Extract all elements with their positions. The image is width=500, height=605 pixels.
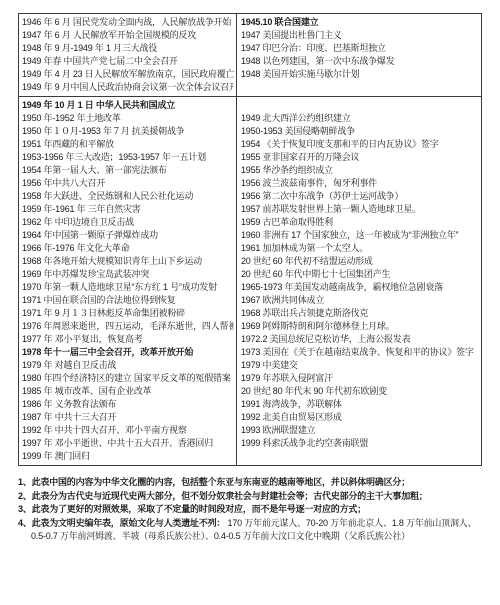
event-row: 1986 年 义务教育法颁布 <box>22 398 234 411</box>
footnotes: 1、此表中国的内容为中华文化圈的内容，包括整个东亚与东南亚的越南等地区，并以斜体… <box>18 476 490 544</box>
footnote-bold-text: 4、此表为文明史编年表，原始文化与人类遗址不列： <box>18 518 225 528</box>
event-row: 1991 海湾战争，苏联解体 <box>241 398 479 411</box>
event-row: 1968 年各地开始大规模知识青年上山下乡运动 <box>22 255 234 268</box>
footnote-bold-text: 1、此表中国的内容为中华文化圈的内容，包括整个东亚与东南亚的越南等地区，并以斜体… <box>18 477 410 487</box>
event-row: 1956 波兰波兹南事件，匈牙利事件 <box>241 177 479 190</box>
event-row: 1985 年 城市改革、国有企业改革 <box>22 385 234 398</box>
event-row: 1997 年 邓小平逝世、中共十五大召开、香港回归 <box>22 437 234 450</box>
event-row: 1947 美国提出杜鲁门主义 <box>241 29 479 42</box>
event-row: 1957 前苏联发射世界上第一颗人造地球卫星。 <box>241 203 479 216</box>
event-row: 1954 《关于恢复印度支那和平的日内瓦协议》签字 <box>241 138 479 151</box>
event-row: 1959 年-1961 年 三年自然灾害 <box>22 203 234 216</box>
event-row: 1967 欧洲共同体成立 <box>241 294 479 307</box>
event-row: 1949 北大西洋公约组织建立 <box>241 112 479 125</box>
event-row: 1971 年 9 月１３日林彪反革命集团被粉碎 <box>22 307 234 320</box>
event-row: 1968 苏联出兵占领捷克斯洛伐克 <box>241 307 479 320</box>
event-row: 1987 年 中共十三大召开 <box>22 411 234 424</box>
event-row: 1970 年第一颗人造地球卫星“东方红 1 号”成功发射 <box>22 281 234 294</box>
event-row: 1949 年 4 月 23 日人民解放军解放南京，国民政府覆亡 <box>22 68 234 81</box>
event-row <box>241 99 479 112</box>
world-events-postwar-column: 1949 北大西洋公约组织建立1950-1953 美国侵略朝鲜战争1954 《关… <box>237 97 481 465</box>
event-row: 1966 年-1976 年文化大革命 <box>22 242 234 255</box>
event-row: 1945.10 联合国建立 <box>241 16 479 29</box>
event-row: 1949 年 9 月中国人民政治协商会议第一次全体会议召开 <box>22 81 234 94</box>
event-row: 1953-1956 年三大改造；1953-1957 年一五计划 <box>22 151 234 164</box>
event-row: 1992 北美自由贸易区形成 <box>241 411 479 424</box>
footnote-bold-text: 3、此表为了更好的对照效果，采取了不定量的时间段对应，而不是年号逐一对应的方式； <box>18 504 366 514</box>
event-row: 1951 年西藏的和平解放 <box>22 138 234 151</box>
event-row: 1979 年苏联入侵阿富汗 <box>241 372 479 385</box>
event-row: 1950-1953 美国侵略朝鲜战争 <box>241 125 479 138</box>
footnote-item: 2、此表分为古代史与近现代史两大部分，但不划分奴隶社会与封建社会等；古代史部分的… <box>18 490 490 504</box>
section-pre-1949: 1946 年 6 月 国民党发动全面内战，人民解放战争开始1947 年 6 月 … <box>19 14 481 96</box>
event-row: 1950 年-1952 年土地改革 <box>22 112 234 125</box>
event-row: 1949 年春 中国共产党七届二中全会召开 <box>22 55 234 68</box>
event-row: 1956 第二次中东战争（苏伊士运河战争） <box>241 190 479 203</box>
event-row: 1971 中国在联合国的合法地位得到恢复 <box>22 294 234 307</box>
event-row: 20 世纪 60 年代初不结盟运动形成 <box>241 255 479 268</box>
event-row: 1993 欧洲联盟建立 <box>241 424 479 437</box>
event-row: 1961 加加林成为第一个太空人。 <box>241 242 479 255</box>
event-row: 1969 阿姆斯特朗和阿尔德林登上月球。 <box>241 320 479 333</box>
event-row: 1947 印巴分治：印度、巴基斯坦独立 <box>241 42 479 55</box>
footnote-item: 3、此表为了更好的对照效果，采取了不定量的时间段对应，而不是年号逐一对应的方式； <box>18 503 490 517</box>
event-row: 1955 华沙条约组织成立 <box>241 164 479 177</box>
event-row: 1948 年 9 月-1949 年 1 月三大战役 <box>22 42 234 55</box>
event-row: 1946 年 6 月 国民党发动全面内战，人民解放战争开始 <box>22 16 234 29</box>
section-prc-era: 1949 年 10 月 1 日 中华人民共和国成立1950 年-1952 年土地… <box>19 96 481 465</box>
event-row: 1978 年十一届三中全会召开，改革开放开始 <box>22 346 234 359</box>
footnote-item: 1、此表中国的内容为中华文化圈的内容，包括整个东亚与东南亚的越南等地区，并以斜体… <box>18 476 490 490</box>
event-row: 1964 年中国第一颗原子弹爆炸成功 <box>22 229 234 242</box>
event-row: 1972.2 美国总统尼克松访华，上海公报发表 <box>241 333 479 346</box>
event-row: 1965-1973 年美国发动越南战争，霸权地位急剧衰落 <box>241 281 479 294</box>
event-row: 1959 古巴革命取得胜利 <box>241 216 479 229</box>
event-row: 1958 年大跃进、全民炼钢和人民公社化运动 <box>22 190 234 203</box>
event-row: 1979 中美建交 <box>241 359 479 372</box>
event-row: 1969 年中苏爆发珍宝岛武装冲突 <box>22 268 234 281</box>
event-row: 1956 年中共八大召开 <box>22 177 234 190</box>
event-row: 1973 美国在《关于在越南结束战争、恢复和平的协议》签字 <box>241 346 479 359</box>
event-row: 1948 以色列建国，第一次中东战争爆发 <box>241 55 479 68</box>
china-events-pre1949-column: 1946 年 6 月 国民党发动全面内战，人民解放战争开始1947 年 6 月 … <box>19 14 237 96</box>
event-row: 1947 年 6 月 人民解放军开始全国规模的反攻 <box>22 29 234 42</box>
event-row: 20 世纪 60 年代中期七十七国集团产生 <box>241 268 479 281</box>
event-row: 1955 亚非国家召开的万隆会议 <box>241 151 479 164</box>
event-row: 1976 年周恩来逝世，四五运动，毛泽东逝世，四人帮被粉碎 <box>22 320 234 333</box>
footnote-item: 4、此表为文明史编年表，原始文化与人类遗址不列： 170 万年前元谋人、70-2… <box>18 517 490 544</box>
event-row: 1979 年 对越自卫反击战 <box>22 359 234 372</box>
china-events-prc-column: 1949 年 10 月 1 日 中华人民共和国成立1950 年-1952 年土地… <box>19 97 237 465</box>
event-row: 1999 科索沃战争北约空袭南联盟 <box>241 437 479 450</box>
event-row: 1954 年第一届人大、第一部宪法颁布 <box>22 164 234 177</box>
event-row: 1977 年 邓小平复出，恢复高考 <box>22 333 234 346</box>
event-row: 1992 年 中共十四大召开、邓小平南方视察 <box>22 424 234 437</box>
event-row: 1962 年 中印边境自卫反击战 <box>22 216 234 229</box>
event-row: 1960 非洲有 17 个国家独立，这一年被成为“非洲独立年” <box>241 229 479 242</box>
event-row: 1950 年１０月-1953 年７月 抗美援朝战争 <box>22 125 234 138</box>
history-comparison-table: 1946 年 6 月 国民党发动全面内战，人民解放战争开始1947 年 6 月 … <box>18 13 482 466</box>
event-row: 1949 年 10 月 1 日 中华人民共和国成立 <box>22 99 234 112</box>
event-row: 1980 年四个经济特区的建立 国家平反文革的冤假错案 <box>22 372 234 385</box>
event-row: 1999 年 澳门回归 <box>22 450 234 463</box>
world-events-pre1949-column: 1945.10 联合国建立1947 美国提出杜鲁门主义1947 印巴分治：印度、… <box>237 14 481 96</box>
event-row: 20 世纪 80 年代末 90 年代初东欧剧变 <box>241 385 479 398</box>
footnote-bold-text: 2、此表分为古代史与近现代史两大部分，但不划分奴隶社会与封建社会等；古代史部分的… <box>18 491 428 501</box>
event-row: 1948 美国开始实施马歇尔计划 <box>241 68 479 81</box>
timeline-page: 1946 年 6 月 国民党发动全面内战，人民解放战争开始1947 年 6 月 … <box>0 0 500 605</box>
